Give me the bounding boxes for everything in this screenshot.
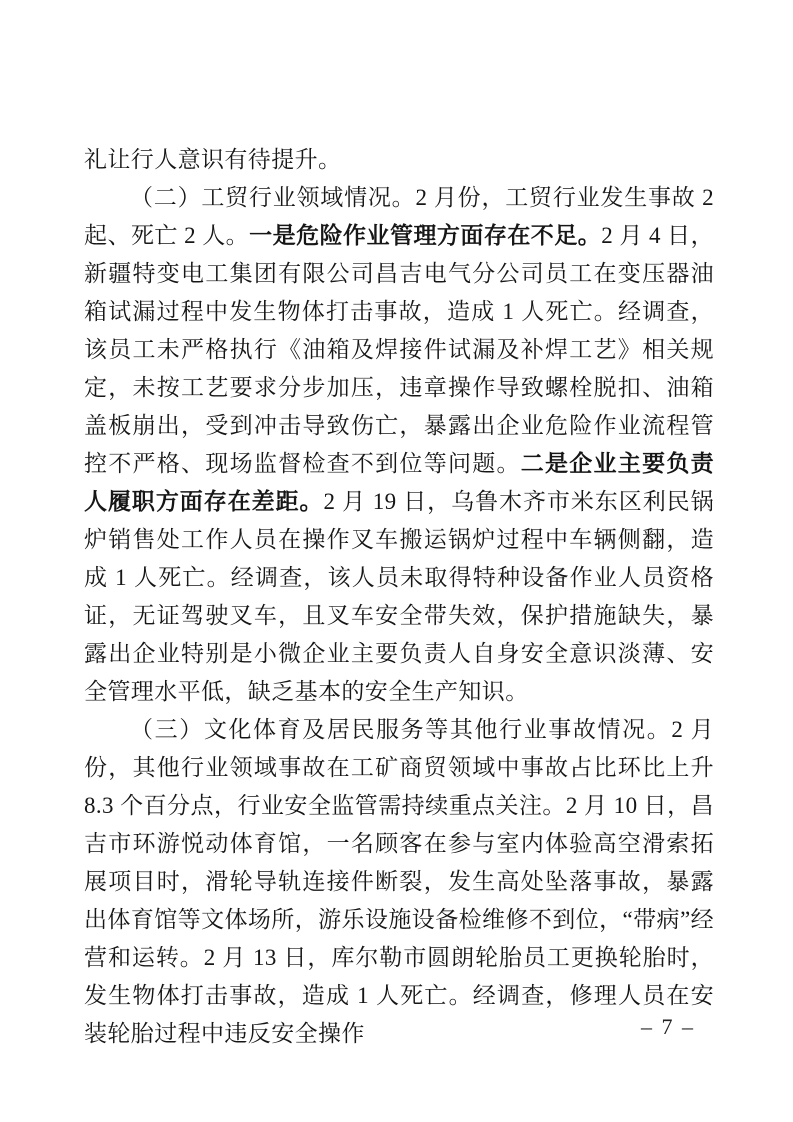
paragraph: （三）文化体育及居民服务等其他行业事故情况。2 月份，其他行业领域事故在工矿商贸… xyxy=(84,711,714,1053)
text-segment-body: 2 月 19 日，乌鲁木齐市米东区利民锅炉销售处工作人员在操作叉车搬运锅炉过程中… xyxy=(84,489,714,704)
text-segment-body: 礼让行人意识有待提升。 xyxy=(84,147,341,172)
text-segment-body: 2 月 4 日，新疆特变电工集团有限公司昌吉电气分公司员工在变压器油箱试漏过程中… xyxy=(84,223,714,476)
text-segment-body: 2 月份，其他行业领域事故在工矿商贸领域中事故占比环比上升 8.3 个百分点，行… xyxy=(84,717,714,1046)
paragraph: （二）工贸行业领域情况。2 月份，工贸行业发生事故 2 起、死亡 2 人。一是危… xyxy=(84,179,714,711)
document-body: 礼让行人意识有待提升。（二）工贸行业领域情况。2 月份，工贸行业发生事故 2 起… xyxy=(84,141,714,1053)
text-segment-kaiti: （三）文化体育及居民服务等其他行业事故情况。 xyxy=(130,717,671,742)
text-segment-bold: 一是危险作业管理方面存在不足。 xyxy=(249,223,601,248)
text-segment-kaiti: （二）工贸行业领域情况。 xyxy=(130,185,415,210)
page-number: – 7 – xyxy=(616,1012,720,1042)
paragraph: 礼让行人意识有待提升。 xyxy=(84,141,714,179)
document-page: 礼让行人意识有待提升。（二）工贸行业领域情况。2 月份，工贸行业发生事故 2 起… xyxy=(0,0,793,1122)
